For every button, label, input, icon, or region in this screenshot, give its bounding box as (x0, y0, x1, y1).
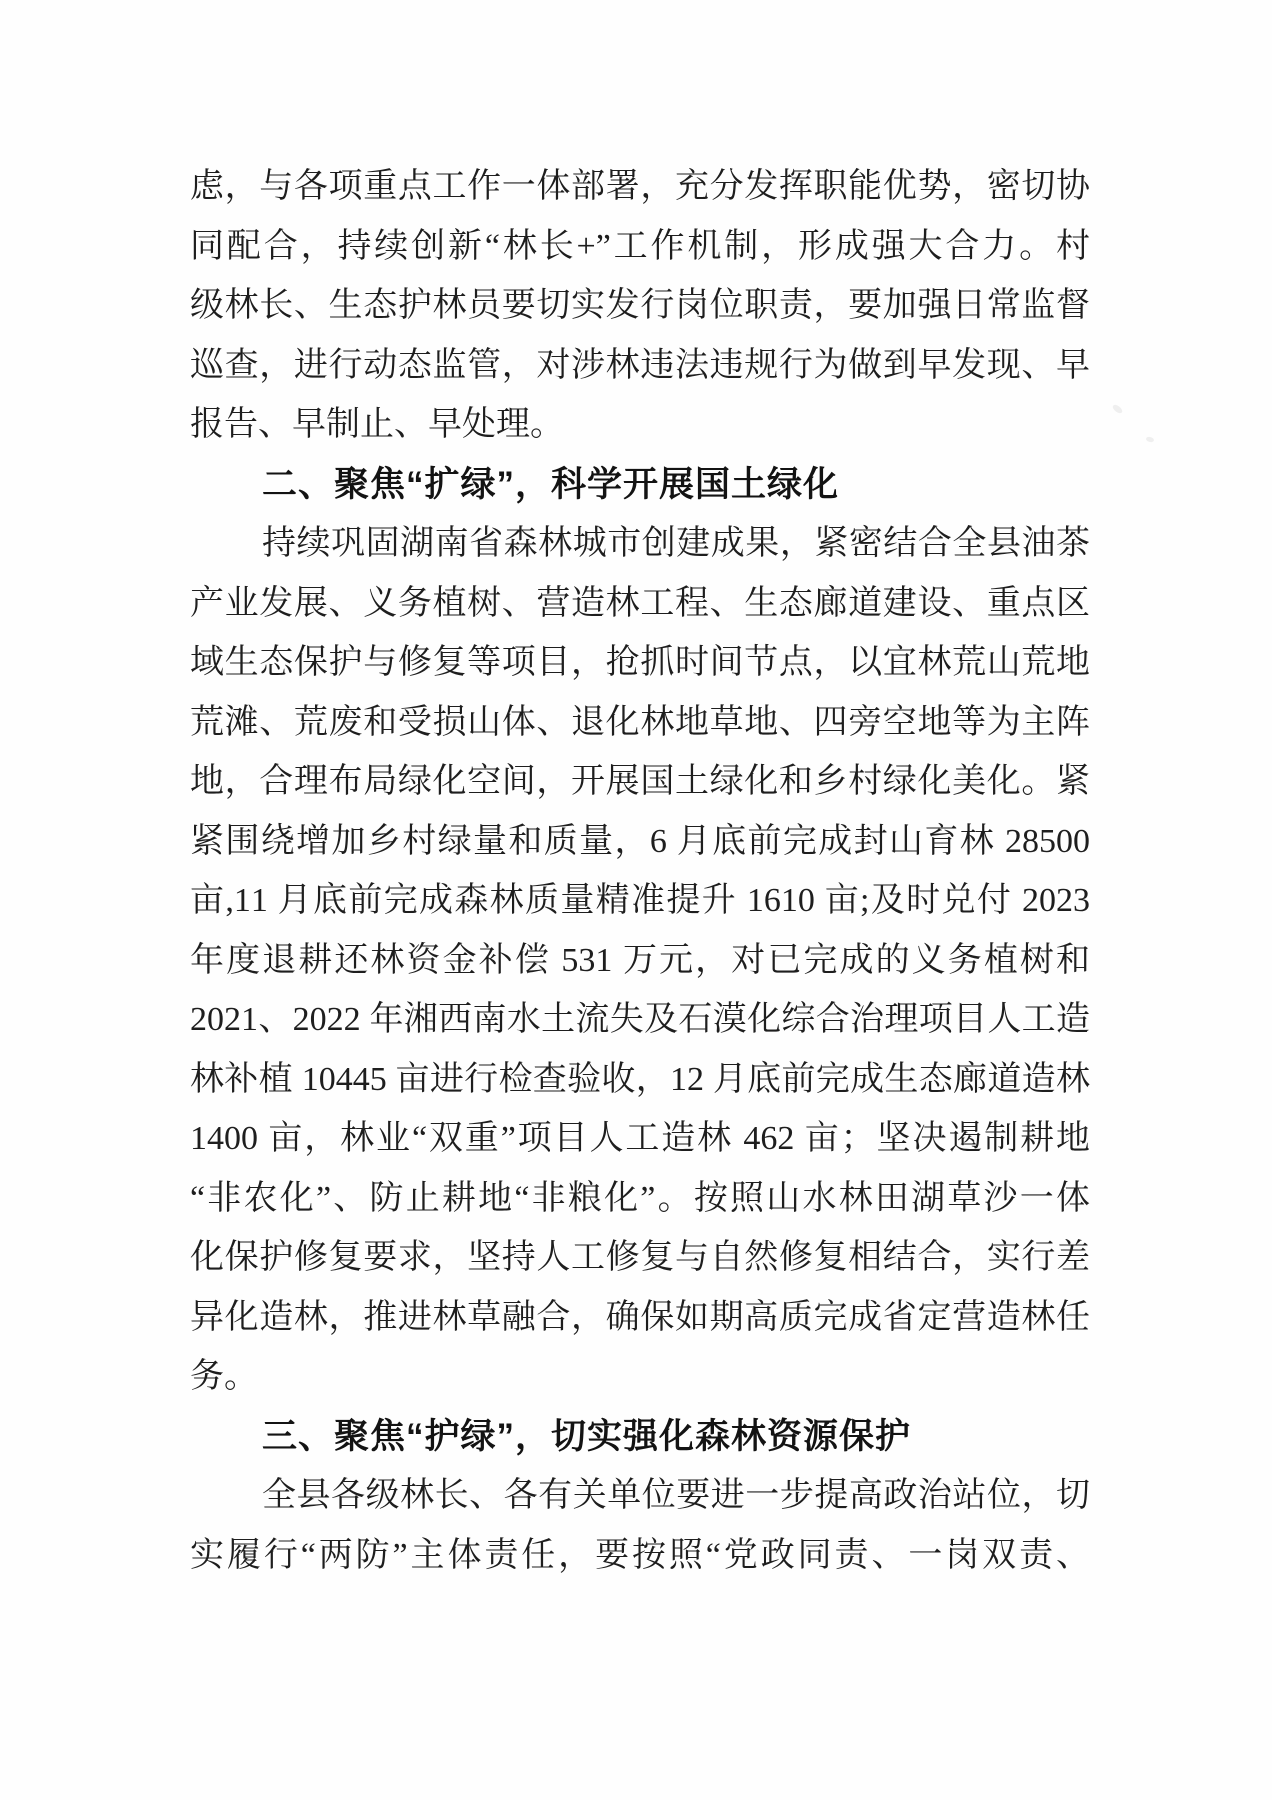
document-body: 虑，与各项重点工作一体部署，充分发挥职能优势，密切协同配合，持续创新“林长+”工… (190, 157, 1090, 1585)
text-line: 产业发展、义务植树、营造林工程、生态廊道建设、重点区 (190, 574, 1090, 634)
text-line: 2021、2022 年湘西南水土流失及石漠化综合治理项目人工造 (190, 990, 1090, 1050)
section-heading: 二、聚焦“扩绿”，科学开展国土绿化 (190, 455, 1090, 515)
section-heading: 三、聚焦“护绿”，切实强化森林资源保护 (190, 1407, 1090, 1467)
text-line: 地，合理布局绿化空间，开展国土绿化和乡村绿化美化。紧 (190, 752, 1090, 812)
text-line: 化保护修复要求，坚持人工修复与自然修复相结合，实行差 (190, 1228, 1090, 1288)
scan-artifact (1111, 403, 1123, 415)
text-line: 同配合，持续创新“林长+”工作机制，形成强大合力。村 (190, 217, 1090, 277)
text-line: 巡查，进行动态监管，对涉林违法违规行为做到早发现、早 (190, 336, 1090, 396)
text-line: 亩,11 月底前完成森林质量精准提升 1610 亩;及时兑付 2023 (190, 871, 1090, 931)
text-line: 林补植 10445 亩进行检查验收，12 月底前完成生态廊道造林 (190, 1050, 1090, 1110)
text-line: 1400 亩，林业“双重”项目人工造林 462 亩；坚决遏制耕地 (190, 1109, 1090, 1169)
text-line: 报告、早制止、早处理。 (190, 395, 1090, 455)
text-line: 全县各级林长、各有关单位要进一步提高政治站位，切 (190, 1466, 1090, 1526)
text-line: 紧围绕增加乡村绿量和质量，6 月底前完成封山育林 28500 (190, 812, 1090, 872)
text-line: 异化造林，推进林草融合，确保如期高质完成省定营造林任 (190, 1288, 1090, 1348)
scan-artifact (1145, 436, 1154, 443)
text-line: 持续巩固湖南省森林城市创建成果，紧密结合全县油茶 (190, 514, 1090, 574)
text-line: 级林长、生态护林员要切实发行岗位职责，要加强日常监督 (190, 276, 1090, 336)
text-line: 年度退耕还林资金补偿 531 万元，对已完成的义务植树和 (190, 931, 1090, 991)
text-line: “非农化”、防止耕地“非粮化”。按照山水林田湖草沙一体 (190, 1169, 1090, 1229)
document-page: 虑，与各项重点工作一体部署，充分发挥职能优势，密切协同配合，持续创新“林长+”工… (0, 0, 1272, 1800)
text-line: 务。 (190, 1347, 1090, 1407)
text-line: 虑，与各项重点工作一体部署，充分发挥职能优势，密切协 (190, 157, 1090, 217)
text-line: 实履行“两防”主体责任，要按照“党政同责、一岗双责、 (190, 1526, 1090, 1586)
text-line: 域生态保护与修复等项目，抢抓时间节点，以宜林荒山荒地 (190, 633, 1090, 693)
text-line: 荒滩、荒废和受损山体、退化林地草地、四旁空地等为主阵 (190, 693, 1090, 753)
